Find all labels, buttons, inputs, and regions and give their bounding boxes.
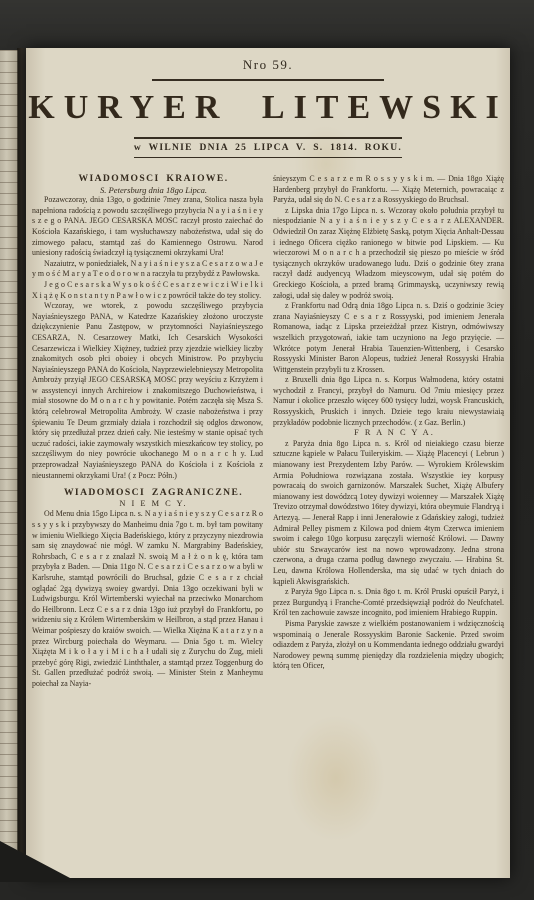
paragraph: Wczoray, we wtorek, z powodu szczęśliweg… — [32, 301, 263, 481]
paragraph-continuation: śnieyszym C e s a r z e m R o s s y y s … — [273, 174, 504, 206]
issue-number: Nro 59. — [26, 57, 510, 73]
left-column: WIADOMOSCI KRAIOWE. S. Petersburg dnia 1… — [32, 174, 263, 690]
rule-above-dateline — [134, 137, 402, 139]
paragraph: z Paryża 9go Lipca n. s. Dnia 8go t. m. … — [273, 587, 504, 619]
masthead-dateline: w WILNIE DNIA 25 LIPCA V. S. 1814. ROKU. — [26, 143, 510, 153]
article-columns: WIADOMOSCI KRAIOWE. S. Petersburg dnia 1… — [26, 174, 510, 690]
paragraph: z Frankfortu nad Odrą dnia 18go Lipca n.… — [273, 301, 504, 375]
paragraph: Pisma Paryskie zawsze z wielkiém postano… — [273, 619, 504, 672]
petersburg-dateline: S. Petersburg dnia 18go Lipca. — [32, 185, 263, 196]
paragraph: Nazaiutrz, w poniedziałek, N a y i a ś n… — [32, 259, 263, 280]
section-header-krajowe: WIADOMOSCI KRAIOWE. — [32, 174, 263, 185]
paragraph: z Lipska dnia 17go Lipca n. s. Wczoray o… — [273, 206, 504, 301]
paragraph: J e g o C e s a r s k a W y s o k o ś ć … — [32, 280, 263, 301]
right-column: śnieyszym C e s a r z e m R o s s y y s … — [273, 174, 504, 690]
paragraph: Pozawczoray, dnia 13go, o godzinie 7mey … — [32, 195, 263, 259]
paragraph: Od Menu dnia 15go Lipca n. s. N a y i a … — [32, 509, 263, 689]
paragraph: z Bruxelli dnia 8go Lipca n. s. Korpus W… — [273, 375, 504, 428]
section-header-zagraniczne: WIADOMOSCI ZAGRANICZNE. — [32, 488, 263, 499]
subsection-header-niemcy: N I E M C Y. — [32, 499, 263, 510]
newspaper-page: Nro 59. KURYER LITEWSKI w WILNIE DNIA 25… — [26, 48, 510, 878]
newspaper-title: KURYER LITEWSKI — [26, 89, 510, 127]
scan-background: Nro 59. KURYER LITEWSKI w WILNIE DNIA 25… — [0, 0, 534, 900]
paragraph: z Paryża dnia 8go Lipca n. s. Król od ni… — [273, 439, 504, 587]
subsection-header-francya: F R A N C Y A. — [273, 428, 504, 439]
rule-under-issue-number — [152, 79, 384, 81]
rule-below-dateline — [134, 157, 402, 158]
masthead: Nro 59. KURYER LITEWSKI w WILNIE DNIA 25… — [26, 48, 510, 158]
adjacent-page-edge — [0, 50, 18, 878]
